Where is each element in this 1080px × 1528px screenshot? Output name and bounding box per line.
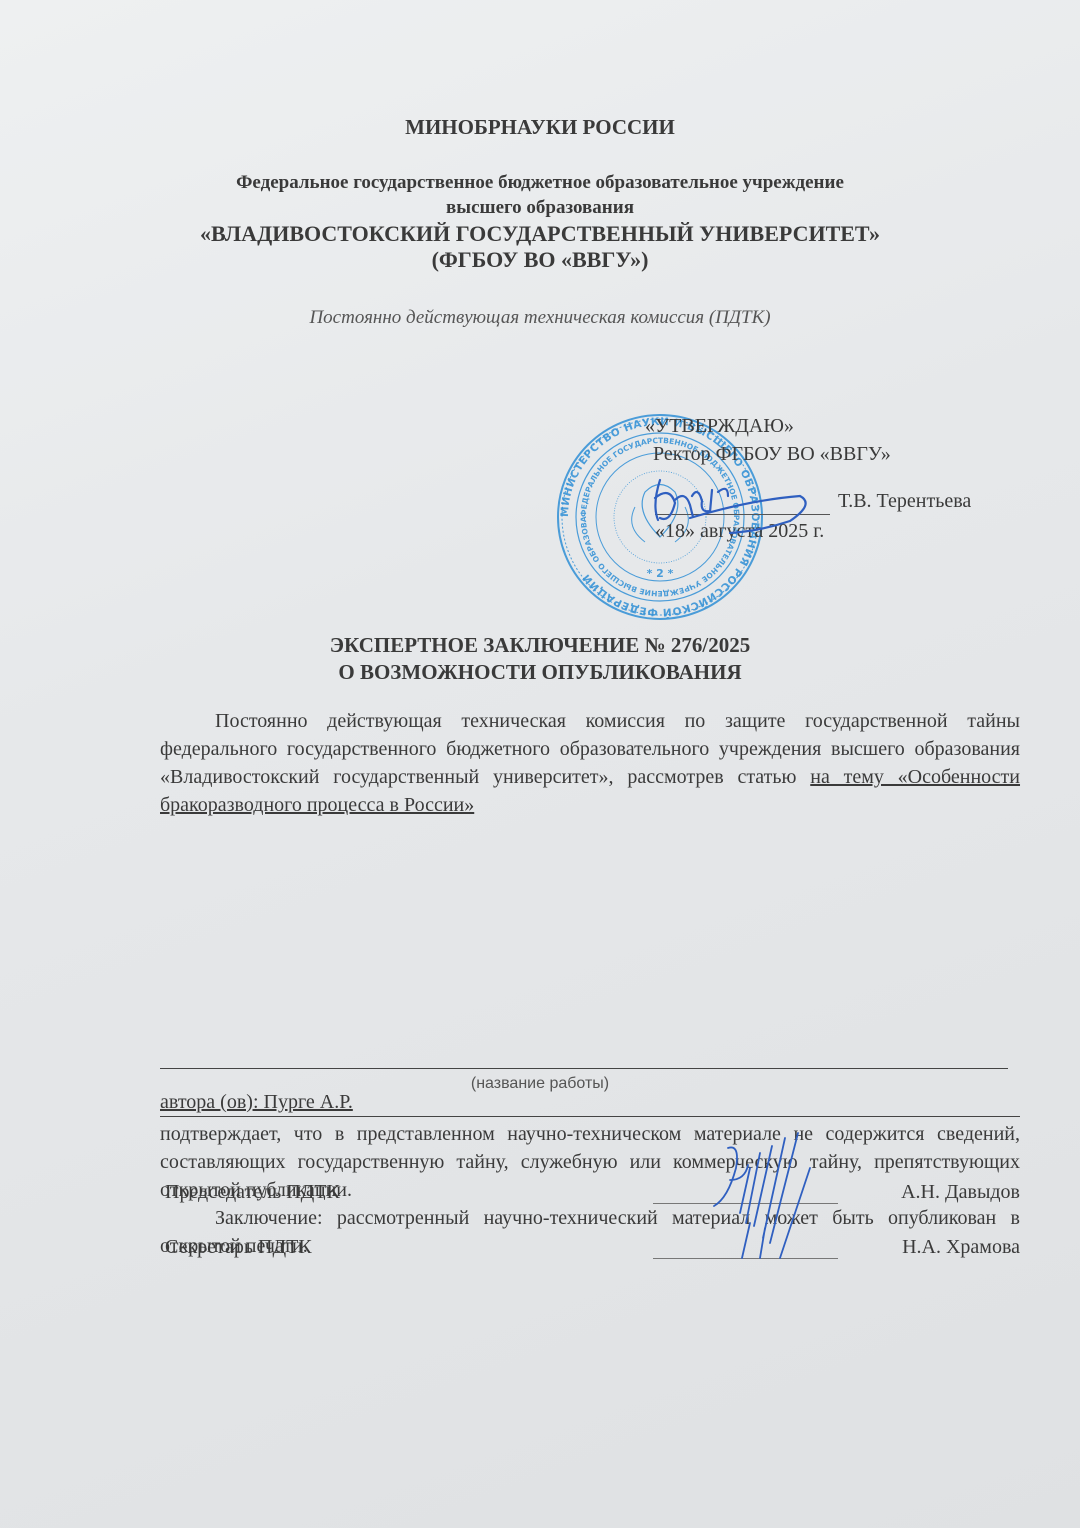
work-title-underline bbox=[160, 1068, 1008, 1069]
rector-name: Т.В. Терентьева bbox=[838, 490, 971, 513]
rector-signature-icon bbox=[630, 470, 820, 540]
signature-name: А.Н. Давыдов bbox=[901, 1181, 1020, 1204]
org-name-line1: Федеральное государственное бюджетное об… bbox=[0, 172, 1080, 194]
org-name-abbr: (ФГБОУ ВО «ВВГУ») bbox=[0, 247, 1080, 273]
author-underline bbox=[160, 1116, 1020, 1117]
approval-label: «УТВЕРЖДАЮ» bbox=[645, 412, 891, 440]
signature-name: Н.А. Храмова bbox=[902, 1236, 1020, 1259]
document-page: МИНОБРНАУКИ РОССИИ Федеральное государст… bbox=[0, 0, 1080, 1528]
svg-text:* 2 *: * 2 * bbox=[647, 567, 674, 580]
approval-block: «УТВЕРЖДАЮ» Ректор ФГБОУ ВО «ВВГУ» bbox=[645, 412, 891, 468]
org-name-line3: «ВЛАДИВОСТОКСКИЙ ГОСУДАРСТВЕННЫЙ УНИВЕРС… bbox=[0, 221, 1080, 247]
org-name-line2: высшего образования bbox=[0, 197, 1080, 219]
approval-position: Ректор ФГБОУ ВО «ВВГУ» bbox=[653, 440, 891, 468]
paragraph-commission: Постоянно действующая техническая комисс… bbox=[160, 707, 1020, 819]
ministry-heading: МИНОБРНАУКИ РОССИИ bbox=[0, 115, 1080, 140]
author-field: автора (ов): Пурге А.Р. bbox=[160, 1091, 353, 1114]
commission-signatures-icon bbox=[700, 1128, 870, 1268]
document-subtitle: О ВОЗМОЖНОСТИ ОПУБЛИКОВАНИЯ bbox=[0, 660, 1080, 685]
document-title: ЭКСПЕРТНОЕ ЗАКЛЮЧЕНИЕ № 276/2025 bbox=[0, 633, 1080, 658]
signature-role: Председатель ПДТК bbox=[165, 1181, 340, 1204]
committee-name: Постоянно действующая техническая комисс… bbox=[0, 307, 1080, 329]
signature-role: Секретарь ПДТК bbox=[165, 1236, 312, 1259]
